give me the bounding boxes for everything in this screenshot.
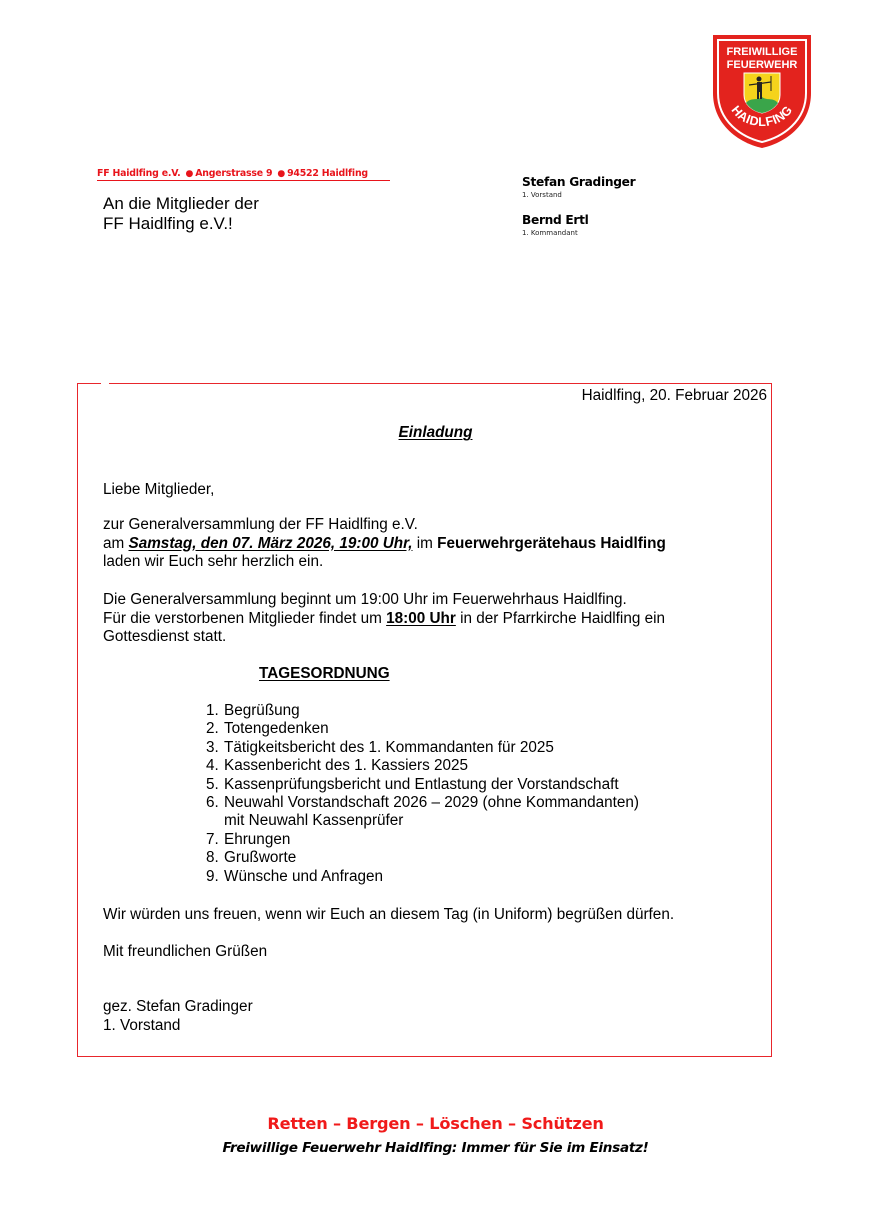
signatory-name: Stefan Gradinger bbox=[522, 175, 635, 189]
schedule-paragraph: Die Generalversammlung beginnt um 19:00 … bbox=[103, 591, 665, 647]
agenda-item: 3.Tätigkeitsbericht des 1. Kommandanten … bbox=[206, 739, 639, 757]
signatory-role: 1. Vorstand bbox=[522, 191, 635, 199]
agenda-item: 7.Ehrungen bbox=[206, 831, 639, 849]
recipient-address: An die Mitglieder der FF Haidlfing e.V.! bbox=[103, 194, 259, 234]
separator-dot: ● bbox=[186, 169, 194, 179]
invitation-paragraph: zur Generalversammlung der FF Haidlfing … bbox=[103, 516, 666, 572]
service-time: 18:00 Uhr bbox=[386, 610, 456, 627]
separator-dot: ● bbox=[277, 169, 285, 179]
agenda-item: 6.Neuwahl Vorstandschaft 2026 – 2029 (oh… bbox=[206, 794, 639, 831]
agenda-item: 2.Totengedenken bbox=[206, 720, 639, 738]
agenda-item: 5.Kassenprüfungsbericht und Entlastung d… bbox=[206, 776, 639, 794]
meeting-date: Samstag, den 07. März 2026, 19:00 Uhr, bbox=[129, 535, 413, 552]
signed-role: 1. Vorstand bbox=[103, 1017, 253, 1036]
sender-city: 94522 Haidlfing bbox=[287, 168, 368, 179]
agenda-heading: TAGESORDNUNG bbox=[259, 665, 390, 683]
sender-address-line: FF Haidlfing e.V. ●Angerstrasse 9 ●94522… bbox=[97, 168, 390, 181]
agenda-item: 8.Grußworte bbox=[206, 849, 639, 867]
footer-tagline: Freiwillige Feuerwehr Haidlfing: Immer f… bbox=[0, 1140, 871, 1156]
agenda-item: 9.Wünsche und Anfragen bbox=[206, 868, 639, 886]
signature-block: gez. Stefan Gradinger 1. Vorstand bbox=[103, 998, 253, 1035]
agenda-list: 1.Begrüßung 2.Totengedenken 3.Tätigkeits… bbox=[206, 702, 639, 886]
agenda-item: 1.Begrüßung bbox=[206, 702, 639, 720]
frame-gap bbox=[101, 381, 109, 385]
footer-motto: Retten – Bergen – Löschen – Schützen bbox=[0, 1114, 871, 1133]
signatory-name: Bernd Ertl bbox=[522, 213, 589, 227]
signatory-chairman: Stefan Gradinger 1. Vorstand bbox=[522, 175, 635, 199]
closing-sentence: Wir würden uns freuen, wenn wir Euch an … bbox=[103, 906, 674, 925]
agenda-item: 4.Kassenbericht des 1. Kassiers 2025 bbox=[206, 757, 639, 775]
fire-brigade-crest-icon: FREIWILLIGE FEUERWEHR HAIDLFING bbox=[711, 33, 813, 149]
signed-name: gez. Stefan Gradinger bbox=[103, 998, 253, 1017]
letter-title: Einladung bbox=[0, 424, 871, 442]
greeting: Liebe Mitglieder, bbox=[103, 481, 214, 500]
recipient-line-2: FF Haidlfing e.V.! bbox=[103, 214, 259, 234]
meeting-location: Feuerwehrgerätehaus Haidlfing bbox=[437, 535, 666, 552]
svg-text:FREIWILLIGE: FREIWILLIGE bbox=[727, 46, 798, 58]
recipient-line-1: An die Mitglieder der bbox=[103, 194, 259, 214]
regards: Mit freundlichen Grüßen bbox=[103, 943, 267, 962]
signatory-commander: Bernd Ertl 1. Kommandant bbox=[522, 213, 589, 237]
signatory-role: 1. Kommandant bbox=[522, 229, 589, 237]
sender-street: Angerstrasse 9 bbox=[195, 168, 272, 179]
sender-org: FF Haidlfing e.V. bbox=[97, 168, 180, 179]
letter-date: Haidlfing, 20. Februar 2026 bbox=[582, 387, 767, 405]
svg-text:FEUERWEHR: FEUERWEHR bbox=[727, 59, 798, 71]
